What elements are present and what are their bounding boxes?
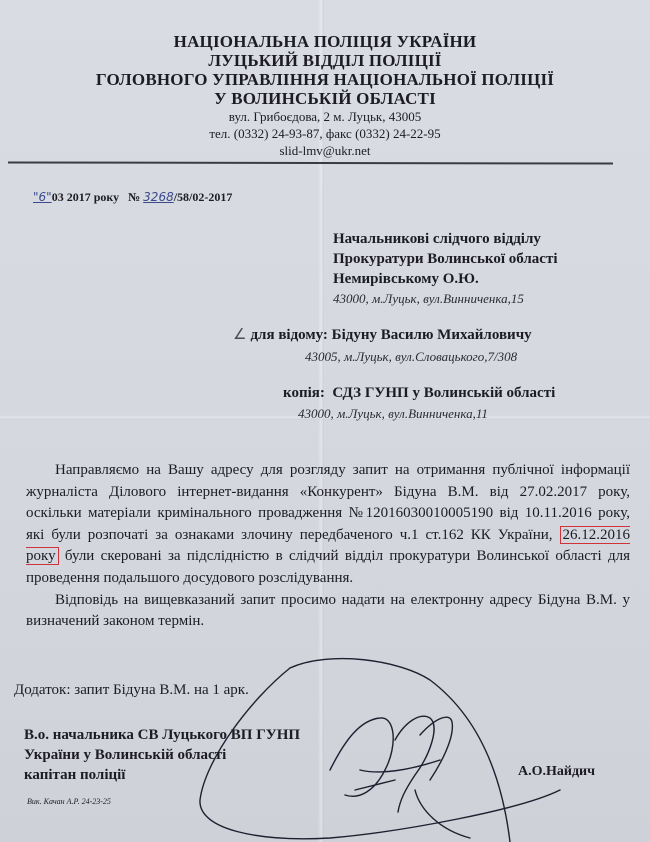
- recipient-prefix: копія:: [283, 385, 325, 401]
- outgoing-day: "6": [33, 190, 52, 204]
- position-line: В.о. начальника СВ Луцького ВП ГУНП: [24, 725, 300, 745]
- recipient-line: Начальникові слідчого відділу: [333, 229, 558, 249]
- signer-name: А.О.Найдич: [518, 764, 595, 780]
- recipient-address: 43000, м.Луцьк, вул.Винниченка,11: [283, 404, 555, 424]
- recipient-info: ∠для відому: Бідуну Василю Михайловичу 4…: [233, 324, 532, 367]
- recipient-primary: Начальникові слідчого відділу Прокуратур…: [333, 229, 558, 309]
- recipient-name: Бідуну Василю Михайловичу: [332, 327, 532, 343]
- letterhead-line: ГОЛОВНОГО УПРАВЛІННЯ НАЦІОНАЛЬНОЇ ПОЛІЦІ…: [0, 70, 650, 89]
- letterhead-line: ЛУЦЬКИЙ ВІДДІЛ ПОЛІЦІЇ: [0, 51, 650, 70]
- recipient-name: СДЗ ГУНП у Волинській області: [332, 385, 555, 401]
- signatory-position: В.о. начальника СВ Луцького ВП ГУНП Укра…: [24, 725, 300, 785]
- outgoing-number-suffix: /58/02-2017: [174, 190, 233, 204]
- letterhead-line: У ВОЛИНСЬКІЙ ОБЛАСТІ: [0, 89, 650, 108]
- recipient-address: 43005, м.Луцьк, вул.Словацького,7/308: [233, 347, 532, 367]
- outgoing-number-label: №: [128, 190, 140, 204]
- handwritten-check-icon: ∠: [233, 325, 246, 343]
- recipient-address: 43000, м.Луцьк, вул.Винниченка,15: [333, 289, 558, 309]
- header-divider: [8, 161, 613, 164]
- annex-note: Додаток: запит Бідуна В.М. на 1 арк.: [14, 682, 249, 699]
- recipient-copy: копія: СДЗ ГУНП у Волинській області 430…: [283, 383, 555, 424]
- letterhead-phone: тел. (0332) 24-93-87, факс (0332) 24-22-…: [0, 125, 650, 142]
- outgoing-date: 03 2017 року: [52, 190, 119, 204]
- outgoing-number-handwritten: 3268: [143, 190, 174, 204]
- outgoing-number: "6"03 2017 року № 3268/58/02-2017: [33, 190, 232, 205]
- letterhead: НАЦІОНАЛЬНА ПОЛІЦІЯ УКРАЇНИ ЛУЦЬКИЙ ВІДД…: [0, 32, 650, 159]
- paragraph: Направляємо на Вашу адресу для розгляду …: [26, 460, 630, 590]
- letterhead-email: slid-lmv@ukr.net: [0, 142, 650, 159]
- letter-body: Направляємо на Вашу адресу для розгляду …: [26, 460, 630, 633]
- recipient-prefix: для відому:: [250, 327, 327, 343]
- letterhead-line: НАЦІОНАЛЬНА ПОЛІЦІЯ УКРАЇНИ: [0, 32, 650, 51]
- position-line: капітан поліції: [24, 765, 300, 785]
- paragraph-text: Направляємо на Вашу адресу для розгляду …: [26, 462, 630, 543]
- letterhead-address: вул. Грибоєдова, 2 м. Луцьк, 43005: [0, 108, 650, 125]
- paragraph-text: були скеровані за підслідністю в слідчий…: [26, 548, 630, 586]
- position-line: України у Волинській області: [24, 745, 300, 765]
- paragraph: Відповідь на вищевказаний запит просимо …: [26, 590, 630, 633]
- recipient-line: Прокуратури Волинської області: [333, 249, 558, 269]
- recipient-line: Немирівському О.Ю.: [333, 269, 558, 289]
- executor-note: Вик. Качан А.Р. 24-23-25: [27, 797, 111, 806]
